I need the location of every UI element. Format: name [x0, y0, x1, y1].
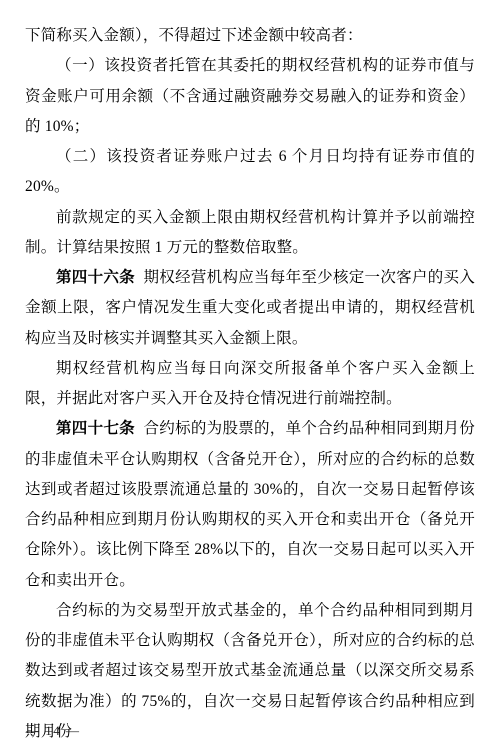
- paragraph: 前款规定的买入金额上限由期权经营机构计算并予以前端控制。计算结果按照 1 万元的…: [25, 203, 475, 264]
- article-number: 第四十七条: [56, 420, 135, 437]
- paragraph: 第四十六条期权经营机构应当每年至少核定一次客户的买入金额上限，客户情况发生重大变…: [25, 263, 475, 354]
- paragraph: 合约标的为交易型开放式基金的，单个合约品种相同到期月份的非虚值未平仓认购期权（含…: [25, 596, 475, 747]
- paragraph: 第四十七条合约标的为股票的，单个合约品种相同到期月份的非虚值未平仓认购期权（含备…: [25, 414, 475, 596]
- paragraph: 下简称买入金额），不得超过下述金额中较高者：: [25, 21, 475, 51]
- paragraph: （一）该投资者托管在其委托的期权经营机构的证券市值与资金账户可用余额（不含通过融…: [25, 51, 475, 142]
- page-footer: — 14 —: [26, 723, 81, 739]
- paragraph: 期权经营机构应当每日向深交所报备单个客户买入金额上限，并据此对客户买入开仓及持仓…: [25, 354, 475, 415]
- paragraph: （二）该投资者证券账户过去 6 个月日均持有证券市值的 20%。: [25, 142, 475, 203]
- article-number: 第四十六条: [56, 269, 135, 286]
- document-body: 下简称买入金额），不得超过下述金额中较高者：（一）该投资者托管在其委托的期权经营…: [25, 21, 475, 747]
- document-page: 下简称买入金额），不得超过下述金额中较高者：（一）该投资者托管在其委托的期权经营…: [0, 0, 500, 749]
- page-number: — 14 —: [26, 723, 81, 738]
